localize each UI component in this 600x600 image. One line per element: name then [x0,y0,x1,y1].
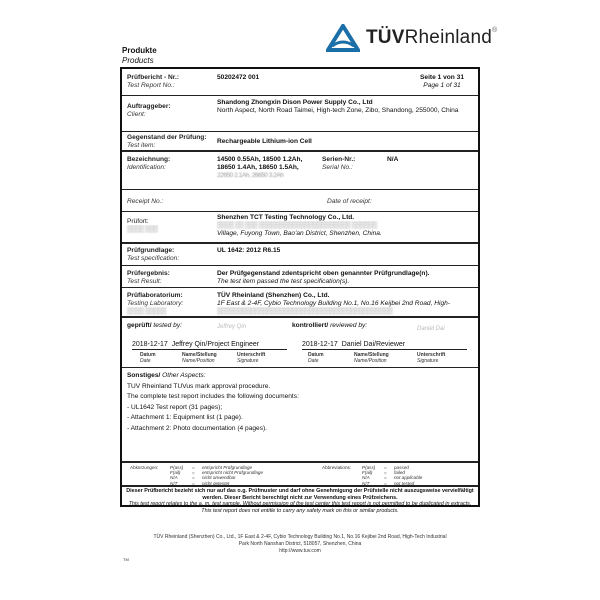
report-frame: Prüfbericht - Nr.:Test Report No.: 50202… [120,67,480,507]
tuv-rheinland-logo: TÜVRheinland® [326,24,497,52]
testing-lab-row: Prüflaboratorium:Testing Laboratory:▒▒▒▒… [122,288,478,318]
client-name: Shandong Zhongxin Dison Power Supply Co.… [217,99,472,107]
signatures-row: geprüft/ tested by: Jeffrey Qin kontroll… [122,318,478,368]
report-number-row: Prüfbericht - Nr.:Test Report No.: 50202… [122,69,478,96]
test-item-value: Rechargeable Lithium-ion Cell [217,138,472,146]
test-spec-row: Prüfgrundlage:Test specification: UL 164… [122,244,478,266]
footer-url[interactable]: http://www.tuv.com [120,548,480,555]
abbreviation-item: N/T=not tested [362,481,422,486]
disclaimer: Dieser Prüfbericht bezieht sich nur auf … [122,487,478,507]
client-row: Auftraggeber:Client: Shandong Zhongxin D… [122,96,478,132]
footer-mark: TM [123,557,129,562]
tester-signature: Jeffrey Qin [217,324,246,332]
identification-row: Bezeichnung:Identification: 14500 0.55Ah… [122,152,478,190]
abbreviation-item: N/T=nicht getestet [170,481,263,486]
client-address: North Aspect, North Road Taimei, High-te… [217,107,472,115]
test-item-row: Gegenstand der Prüfung:Test item: Rechar… [122,132,478,152]
other-aspects-row: Sonstiges/ Other Aspects: TUV Rheinland … [122,368,478,463]
tester-line: 2018-12-17 Jeffrey Qin/Project Engineer [132,340,287,350]
test-result-row: Prüfergebnis:Test Result: Der Prüfgegens… [122,266,478,288]
test-location-row: Prüfort:▒▒▒▒ ▒▒▒ Shenzhen TCT Testing Te… [122,212,478,244]
reviewer-line: 2018-12-17 Daniel Dai/Reviewer [302,340,467,350]
brand-name: TÜVRheinland® [366,27,497,49]
products-heading: Produkte Products [122,46,157,66]
receipt-row: Receipt No.: Date of receipt: [122,190,478,212]
triangle-logo-icon [326,24,360,52]
reviewer-signature: Daniel Dai [417,326,445,334]
page-de: Seite 1 von 31 [420,74,464,82]
test-spec-value: UL 1642: 2012 R6.15 [217,247,472,255]
page-en: Page 1 of 31 [420,82,464,90]
page-footer: TÜV Rheinland (Shenzhen) Co., Ltd., 1F E… [120,534,480,555]
serial-value: N/A [387,156,398,164]
abbreviations-row: Abkürzungen: P(ass)=entspricht Prüfgrund… [122,463,478,487]
